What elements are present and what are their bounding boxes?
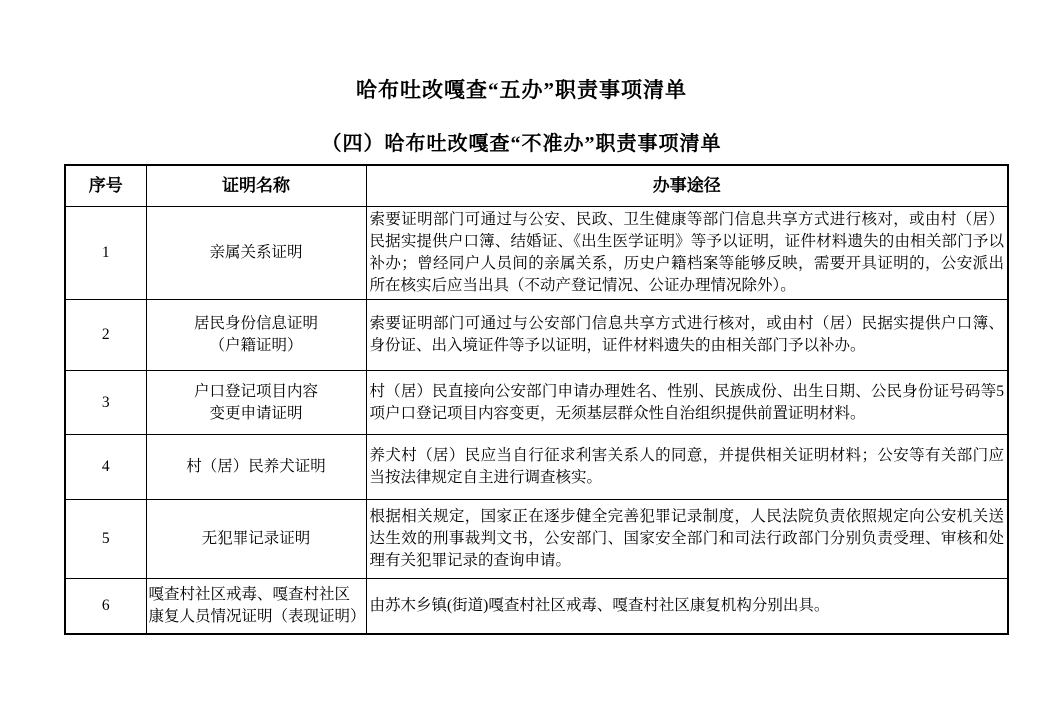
row-serial-number: 2 bbox=[65, 300, 146, 371]
row-serial-number: 4 bbox=[65, 435, 146, 500]
row-certificate-name: 嘎查村社区戒毒、嘎查村社区康复人员情况证明（表现证明） bbox=[146, 579, 366, 635]
row-certificate-name: 户口登记项目内容 变更申请证明 bbox=[146, 371, 366, 435]
row-serial-number: 3 bbox=[65, 371, 146, 435]
row-certificate-name: 无犯罪记录证明 bbox=[146, 500, 366, 579]
table-row: 5 无犯罪记录证明 根据相关规定，国家正在逐步健全完善犯罪记录制度，人民法院负责… bbox=[65, 500, 1008, 579]
row-handling-method: 索要证明部门可通过与公安部门信息共享方式进行核对，或由村（居）民据实提供户口簿、… bbox=[366, 300, 1008, 371]
row-certificate-name: 村（居）民养犬证明 bbox=[146, 435, 366, 500]
row-serial-number: 6 bbox=[65, 579, 146, 635]
table-row: 1 亲属关系证明 索要证明部门可通过与公安、民政、卫生健康等部门信息共享方式进行… bbox=[65, 207, 1008, 300]
row-serial-number: 5 bbox=[65, 500, 146, 579]
document-page: 哈布吐改嘎查“五办”职责事项清单 （四）哈布吐改嘎查“不准办”职责事项清单 序号… bbox=[0, 0, 1043, 711]
document-subtitle: （四）哈布吐改嘎查“不准办”职责事项清单 bbox=[0, 127, 1043, 156]
row-handling-method: 村（居）民直接向公安部门申请办理姓名、性别、民族成份、出生日期、公民身份证号码等… bbox=[366, 371, 1008, 435]
header-certificate-name: 证明名称 bbox=[146, 165, 366, 207]
row-serial-number: 1 bbox=[65, 207, 146, 300]
responsibility-items-table: 序号 证明名称 办事途径 1 亲属关系证明 索要证明部门可通过与公安、民政、卫生… bbox=[64, 164, 1009, 635]
row-handling-method: 由苏木乡镇(街道)嘎查村社区戒毒、嘎查村社区康复机构分别出具。 bbox=[366, 579, 1008, 635]
table-row: 4 村（居）民养犬证明 养犬村（居）民应当自行征求利害关系人的同意，并提供相关证… bbox=[65, 435, 1008, 500]
row-certificate-name: 亲属关系证明 bbox=[146, 207, 366, 300]
row-handling-method: 根据相关规定，国家正在逐步健全完善犯罪记录制度，人民法院负责依照规定向公安机关送… bbox=[366, 500, 1008, 579]
row-handling-method: 索要证明部门可通过与公安、民政、卫生健康等部门信息共享方式进行核对，或由村（居）… bbox=[366, 207, 1008, 300]
row-handling-method: 养犬村（居）民应当自行征求利害关系人的同意，并提供相关证明材料；公安等有关部门应… bbox=[366, 435, 1008, 500]
table-row: 3 户口登记项目内容 变更申请证明 村（居）民直接向公安部门申请办理姓名、性别、… bbox=[65, 371, 1008, 435]
header-serial-number: 序号 bbox=[65, 165, 146, 207]
table-row: 6 嘎查村社区戒毒、嘎查村社区康复人员情况证明（表现证明） 由苏木乡镇(街道)嘎… bbox=[65, 579, 1008, 635]
row-certificate-name: 居民身份信息证明 （户籍证明） bbox=[146, 300, 366, 371]
table-row: 2 居民身份信息证明 （户籍证明） 索要证明部门可通过与公安部门信息共享方式进行… bbox=[65, 300, 1008, 371]
table-header-row: 序号 证明名称 办事途径 bbox=[65, 165, 1008, 207]
header-handling-method: 办事途径 bbox=[366, 165, 1008, 207]
document-title: 哈布吐改嘎查“五办”职责事项清单 bbox=[0, 74, 1043, 104]
